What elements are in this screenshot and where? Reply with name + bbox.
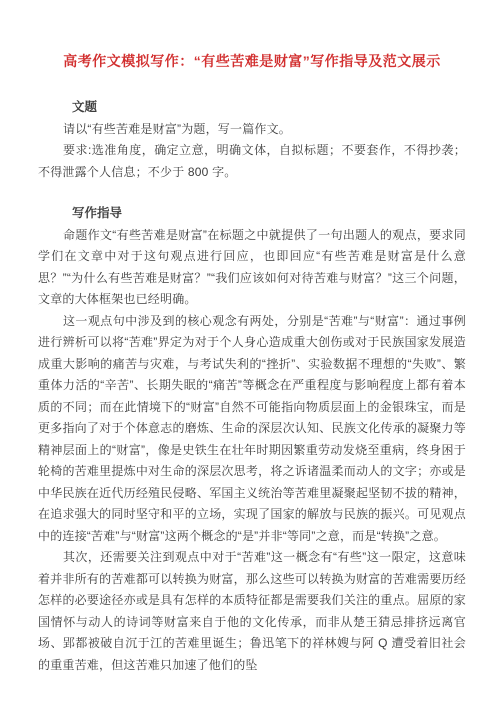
essay-topic-paragraph: 请以“有些苦难是财富”为题，写一篇作文。 xyxy=(38,119,466,141)
section-essay-topic: 文题 请以“有些苦难是财富”为题，写一篇作文。 要求:选准角度，确定立意，明确文… xyxy=(38,97,466,183)
section-writing-guidance: 写作指导 命题作文“有些苦难是财富”在标题之中就提供了一句出题人的观点，要求同学… xyxy=(38,203,466,676)
guidance-paragraph-1: 命题作文“有些苦难是财富”在标题之中就提供了一句出题人的观点，要求同学们在文章中… xyxy=(38,225,466,311)
section-heading-writing-guidance: 写作指导 xyxy=(38,203,466,225)
essay-requirements-paragraph: 要求:选准角度，确定立意，明确文体，自拟标题；不要套作，不得抄袭；不得泄露个人信… xyxy=(38,140,466,183)
guidance-paragraph-2: 这一观点句中涉及到的核心观念有两处，分别是“苦难”与“财富”：通过事例进行辨析可… xyxy=(38,311,466,548)
section-heading-essay-topic: 文题 xyxy=(38,97,466,119)
guidance-paragraph-3: 其次，还需要关注到观点中对于“苦难”这一概念有“有些”这一限定，这意味着并非所有… xyxy=(38,547,466,676)
document-title: 高考作文模拟写作：“有些苦难是财富”写作指导及范文展示 xyxy=(38,52,466,71)
document-page: 高考作文模拟写作：“有些苦难是财富”写作指导及范文展示 文题 请以“有些苦难是财… xyxy=(0,0,500,708)
